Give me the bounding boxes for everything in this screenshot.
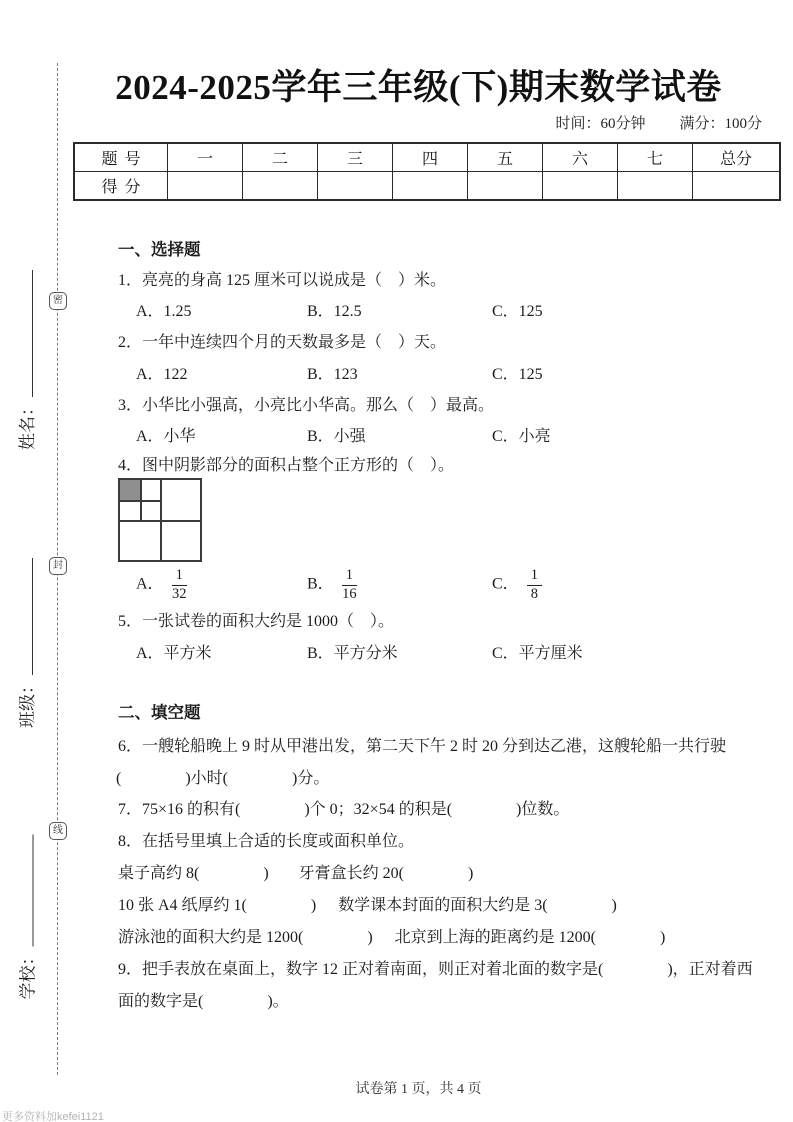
question-stem-7: 7．75×16 的积有( )个 0；32×54 的积是( )位数。 — [118, 800, 569, 820]
option-5b: B．平方分米 — [307, 644, 492, 664]
col-total: 总分 — [693, 143, 781, 172]
student-class-field: 班级： — [12, 558, 38, 728]
section-choice-heading: 一、选择题 — [118, 240, 201, 260]
exam-meta: 时间：60分钟 满分：100分 — [555, 112, 762, 133]
option-1c: C．125 — [492, 302, 543, 322]
question-stem-1: 1．亮亮的身高 125 厘米可以说成是（ ）米。 — [118, 271, 446, 291]
col-1: 一 — [168, 143, 243, 172]
col-7: 七 — [618, 143, 693, 172]
score-cell — [543, 172, 618, 201]
fill-item: 数学课本封面的面积大约是 3( ) — [338, 896, 617, 916]
question-stem-2: 2．一年中连续四个月的天数最多是（ ）天。 — [118, 333, 446, 353]
figure-line — [120, 520, 200, 522]
question-8-row-3: 游泳池的面积大约是 1200( ) 北京到上海的距离约是 1200( ) — [118, 928, 665, 948]
option-3a: A．小华 — [136, 427, 307, 447]
option-3c: C．小亮 — [492, 427, 551, 447]
option-5c: C．平方厘米 — [492, 644, 583, 664]
full-score-label: 满分：100分 — [679, 112, 762, 133]
fill-item: 10 张 A4 纸厚约 1( ) — [118, 896, 316, 916]
fill-item: 桌子高约 8( ) — [118, 864, 269, 884]
name-blank-line — [17, 270, 33, 397]
question-5-options: A．平方米 B．平方分米 C．平方厘米 — [136, 644, 583, 664]
seal-char-feng: 封 — [49, 557, 67, 575]
shaded-square-figure — [118, 478, 202, 562]
score-table-score-row: 得分 — [74, 172, 780, 201]
shaded-cell — [120, 480, 140, 500]
question-9-continued: 面的数字是( )。 — [118, 992, 289, 1012]
seal-char-xian: 线 — [49, 822, 67, 840]
student-name-field: 姓名： — [12, 270, 38, 450]
class-label: 班级： — [13, 677, 38, 728]
fraction: 132 — [172, 567, 187, 603]
section-fill-heading: 二、填空题 — [118, 703, 201, 723]
option-5a: A．平方米 — [136, 644, 307, 664]
option-2b: B．123 — [307, 365, 492, 385]
question-stem-3: 3．小华比小强高，小亮比小华高。那么（ ）最高。 — [118, 396, 494, 416]
option-1a: A．1.25 — [136, 302, 307, 322]
question-6-blanks: ( )小时( )分。 — [116, 769, 329, 789]
question-1-options: A．1.25 B．12.5 C．125 — [136, 302, 543, 322]
score-cell — [243, 172, 318, 201]
name-label: 姓名： — [13, 399, 38, 450]
option-2c: C．125 — [492, 365, 543, 385]
question-2-options: A．122 B．123 C．125 — [136, 365, 543, 385]
col-4: 四 — [393, 143, 468, 172]
question-3-options: A．小华 B．小强 C．小亮 — [136, 427, 551, 447]
option-4a: A．132 — [136, 567, 307, 603]
score-table: 题号 一 二 三 四 五 六 七 总分 得分 — [73, 142, 781, 201]
score-table-header-row: 题号 一 二 三 四 五 六 七 总分 — [74, 143, 780, 172]
page-footer: 试卷第 1 页，共 4 页 — [75, 1078, 762, 1098]
question-stem-8: 8．在括号里填上合适的长度或面积单位。 — [118, 832, 414, 852]
score-label: 得分 — [74, 172, 168, 201]
question-8-row-1: 桌子高约 8( ) 牙膏盒长约 20( ) — [118, 864, 473, 884]
score-cell — [318, 172, 393, 201]
question-stem-4: 4．图中阴影部分的面积占整个正方形的（ ）。 — [118, 456, 454, 476]
score-cell — [168, 172, 243, 201]
class-blank-line — [17, 558, 33, 675]
question-4-options: A．132 B．116 C．18 — [136, 563, 542, 607]
option-3b: B．小强 — [307, 427, 492, 447]
fraction: 18 — [527, 567, 542, 603]
exam-page: 密 封 线 姓名： 班级： 学校： 2024-2025学年三年级(下)期末数学试… — [0, 0, 793, 1122]
school-blank-line — [17, 835, 33, 947]
fraction: 116 — [342, 567, 357, 603]
watermark-text: 更多资料加kefei1121 — [2, 1108, 104, 1122]
score-cell — [468, 172, 543, 201]
option-4c: C．18 — [492, 567, 542, 603]
question-stem-9: 9．把手表放在桌面上，数字 12 正对着南面，则正对着北面的数字是( )，正对着… — [118, 960, 753, 980]
fill-item: 北京到上海的距离约是 1200( ) — [395, 928, 666, 948]
col-2: 二 — [243, 143, 318, 172]
page-title: 2024-2025学年三年级(下)期末数学试卷 — [75, 60, 762, 110]
fill-item: 游泳池的面积大约是 1200( ) — [118, 928, 373, 948]
question-stem-6: 6．一艘轮船晚上 9 时从甲港出发，第二天下午 2 时 20 分到达乙港，这艘轮… — [118, 737, 726, 757]
score-cell — [693, 172, 781, 201]
option-4b: B．116 — [307, 567, 492, 603]
col-6: 六 — [543, 143, 618, 172]
option-1b: B．12.5 — [307, 302, 492, 322]
question-8-row-2: 10 张 A4 纸厚约 1( ) 数学课本封面的面积大约是 3( ) — [118, 896, 617, 916]
school-label: 学校： — [13, 949, 38, 1000]
fill-item: 牙膏盒长约 20( ) — [299, 864, 474, 884]
score-cell — [618, 172, 693, 201]
score-cell — [393, 172, 468, 201]
question-stem-5: 5．一张试卷的面积大约是 1000（ ）。 — [118, 612, 394, 632]
option-2a: A．122 — [136, 365, 307, 385]
col-3: 三 — [318, 143, 393, 172]
student-school-field: 学校： — [13, 835, 39, 1000]
seal-char-mi: 密 — [49, 292, 67, 310]
col-5: 五 — [468, 143, 543, 172]
question-number-label: 题号 — [74, 143, 168, 172]
time-limit-label: 时间：60分钟 — [555, 112, 645, 133]
figure-line — [120, 500, 160, 502]
